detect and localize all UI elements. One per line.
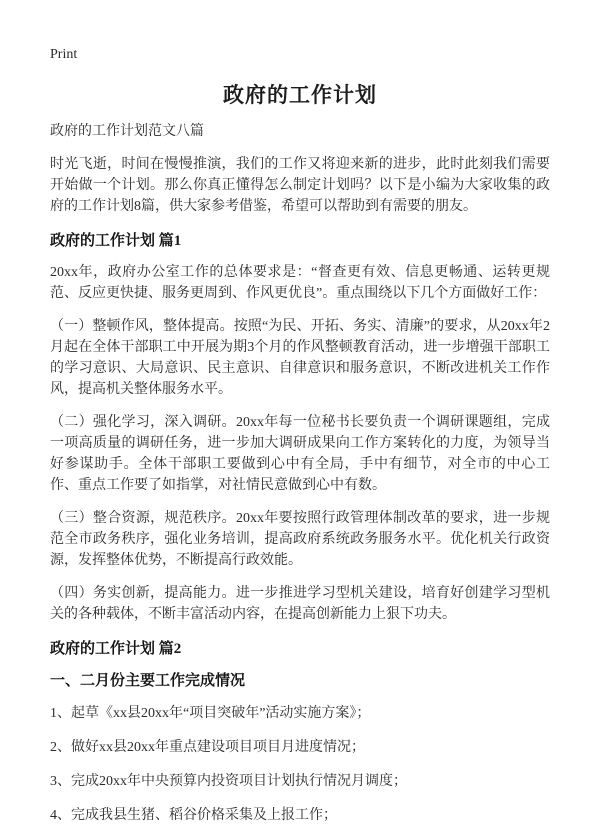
section-1-paragraph-overview: 20xx年，政府办公室工作的总体要求是：“督查更有效、信息更畅通、运转更规范、反… [50, 262, 550, 304]
print-button[interactable]: Print [50, 47, 550, 62]
page-title: 政府的工作计划 [50, 84, 550, 106]
section-1-heading: 政府的工作计划 篇1 [50, 233, 550, 250]
document-subtitle: 政府的工作计划范文八篇 [50, 121, 550, 142]
section-1-paragraph-item-4: （四）务实创新，提高能力。进一步推进学习型机关建设，培育好创建学习型机关的各种载… [50, 583, 550, 625]
section-2-list-item-1: 1、起草《xx县20xx年“项目突破年”活动实施方案》； [50, 703, 550, 724]
section-1-paragraph-item-2: （二）强化学习，深入调研。20xx年每一位秘书长要负责一个调研课题组，完成一项高… [50, 412, 550, 496]
document-page: Print 政府的工作计划 政府的工作计划范文八篇 时光飞逝，时间在慢慢推演，我… [0, 0, 600, 828]
section-2-heading: 政府的工作计划 篇2 [50, 641, 550, 658]
section-2-subheading: 一、二月份主要工作完成情况 [50, 673, 550, 690]
section-2-list-item-2: 2、做好xx县20xx年重点建设项目项目月进度情况； [50, 737, 550, 758]
section-1-paragraph-item-1: （一）整顿作风，整体提高。按照“为民、开拓、务实、清廉”的要求，从20xx年2月… [50, 316, 550, 400]
intro-paragraph: 时光飞逝，时间在慢慢推演，我们的工作又将迎来新的进步，此时此刻我们需要开始做一个… [50, 154, 550, 217]
section-1-paragraph-item-3: （三）整合资源，规范秩序。20xx年要按照行政管理体制改革的要求，进一步规范全市… [50, 508, 550, 571]
section-2-list-item-4: 4、完成我县生猪、稻谷价格采集及上报工作； [50, 805, 550, 826]
section-2-list-item-3: 3、完成20xx年中央预算内投资项目计划执行情况月调度； [50, 771, 550, 792]
